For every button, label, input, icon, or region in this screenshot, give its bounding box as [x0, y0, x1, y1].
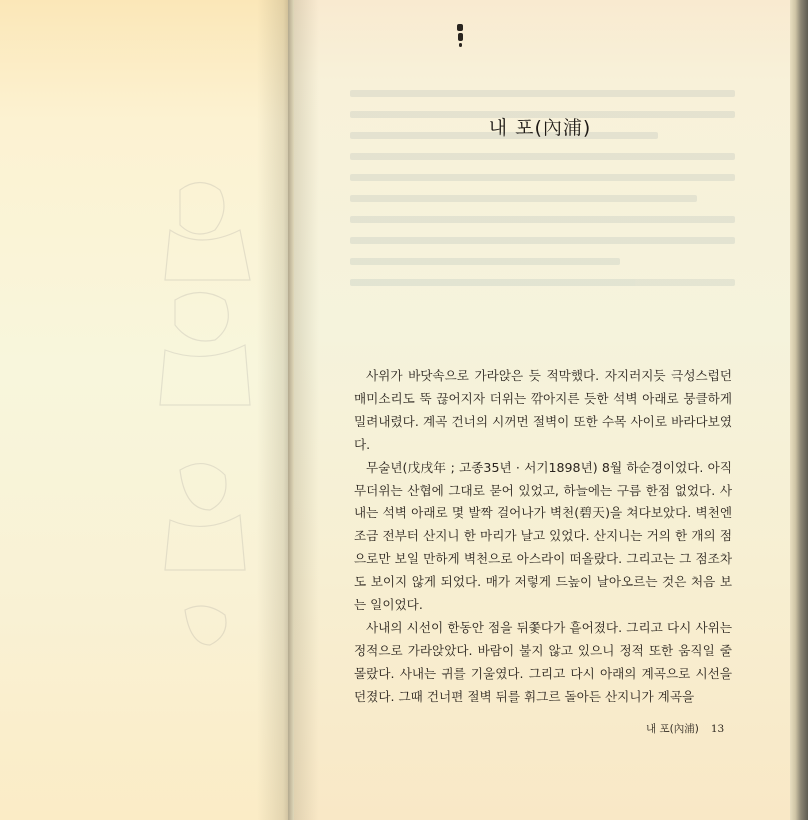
- running-title: 내 포(內浦): [646, 723, 699, 735]
- page-edge-shadow: [790, 0, 808, 820]
- paragraph-1: 사위가 바닷속으로 가라앉은 듯 적막했다. 자지러지듯 극성스럽던 매미소리도…: [354, 365, 732, 457]
- chapter-title: 내 포(內浦): [440, 113, 640, 140]
- paragraph-3: 사내의 시선이 한동안 점을 뒤쫓다가 흩어졌다. 그리고 다시 사위는 정적으…: [354, 617, 732, 709]
- bleed-through-illustration: [150, 170, 260, 690]
- page-number: 13: [711, 723, 724, 735]
- left-page: [0, 0, 292, 820]
- running-footer: 내 포(內浦)13: [646, 721, 746, 736]
- paragraph-2: 무술년(戊戌年 ; 고종35년 · 서기1898년) 8월 하순경이었다. 아직…: [354, 457, 732, 617]
- ink-smudge: [456, 24, 464, 50]
- body-text: 사위가 바닷속으로 가라앉은 듯 적막했다. 자지러지듯 극성스럽던 매미소리도…: [354, 365, 732, 709]
